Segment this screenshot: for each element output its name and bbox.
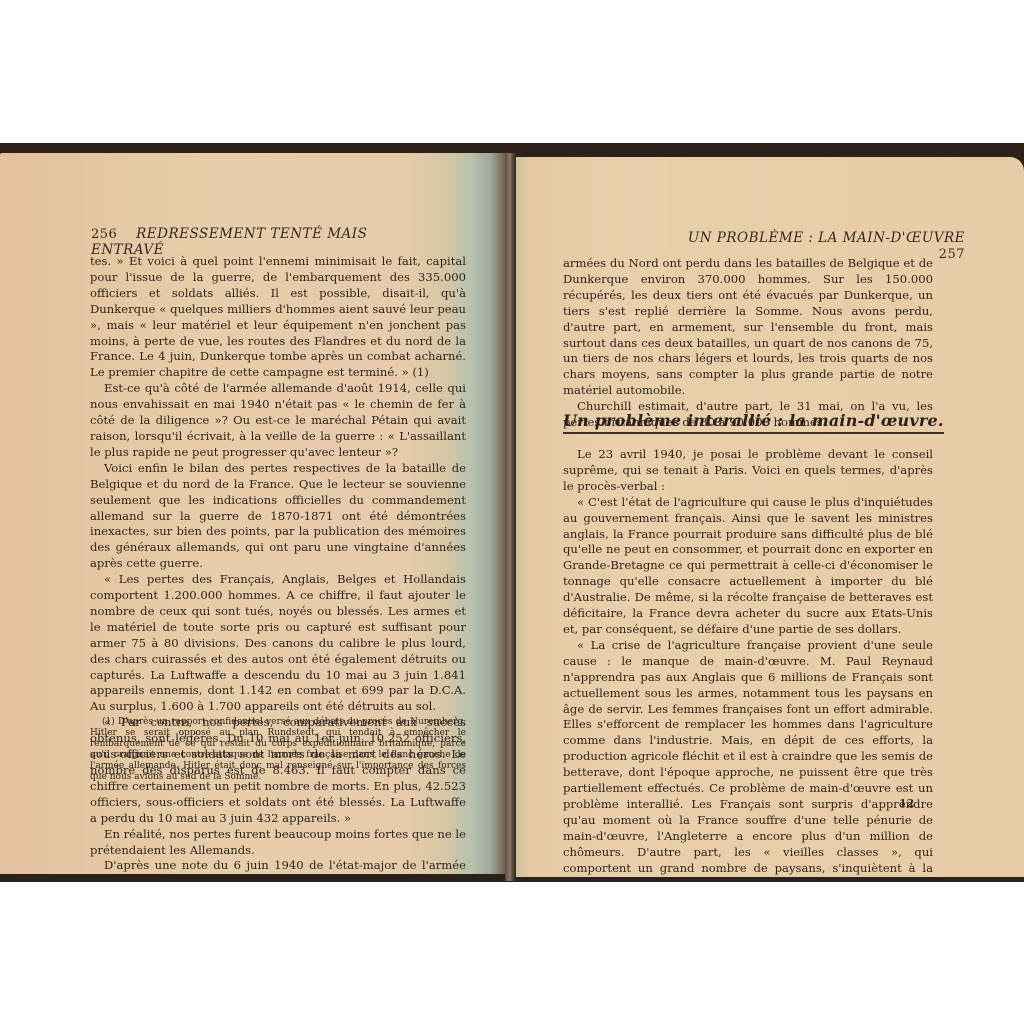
page-number-right: 257 [939, 247, 965, 262]
footnote: (1) D'après un rapport confidentiel vers… [90, 717, 466, 783]
paragraph: « C'est l'état de l'agriculture qui caus… [563, 495, 933, 638]
right-page: UN PROBLÈME : LA MAIN-D'ŒUVRE 257 armées… [516, 157, 1024, 877]
right-body-text-bottom: Le 23 avril 1940, je posai le problème d… [563, 447, 933, 877]
signature-mark: 12 [899, 797, 914, 810]
paragraph: En réalité, nos pertes furent beaucoup m… [90, 827, 466, 859]
right-chapter-title: UN PROBLÈME : LA MAIN-D'ŒUVRE [688, 230, 965, 246]
page-number-left: 256 [91, 227, 117, 242]
book-spread: 256 REDRESSEMENT TENTÉ MAIS ENTRAVÉ tes.… [0, 143, 1024, 882]
paragraph: tes. » Et voici à quel point l'ennemi mi… [90, 254, 466, 381]
paragraph: Le 23 avril 1940, je posai le problème d… [563, 447, 933, 495]
paragraph: D'après une note du 6 juin 1940 de l'éta… [90, 858, 466, 874]
paragraph: Voici enfin le bilan des pertes respecti… [90, 461, 466, 572]
paragraph: armées du Nord ont perdu dans les batail… [563, 256, 933, 399]
left-page: 256 REDRESSEMENT TENTÉ MAIS ENTRAVÉ tes.… [0, 153, 506, 874]
paragraph: « La crise de l'agriculture française pr… [563, 638, 933, 877]
footnote-text: (1) D'après un rapport confidentiel vers… [90, 717, 466, 783]
paragraph: Est-ce qu'à côté de l'armée allemande d'… [90, 381, 466, 461]
paragraph: « Les pertes des Français, Anglais, Belg… [90, 572, 466, 715]
section-heading: Un problème interallié : la main-d'œuvre… [563, 411, 944, 434]
right-body-text-top: armées du Nord ont perdu dans les batail… [563, 256, 933, 431]
